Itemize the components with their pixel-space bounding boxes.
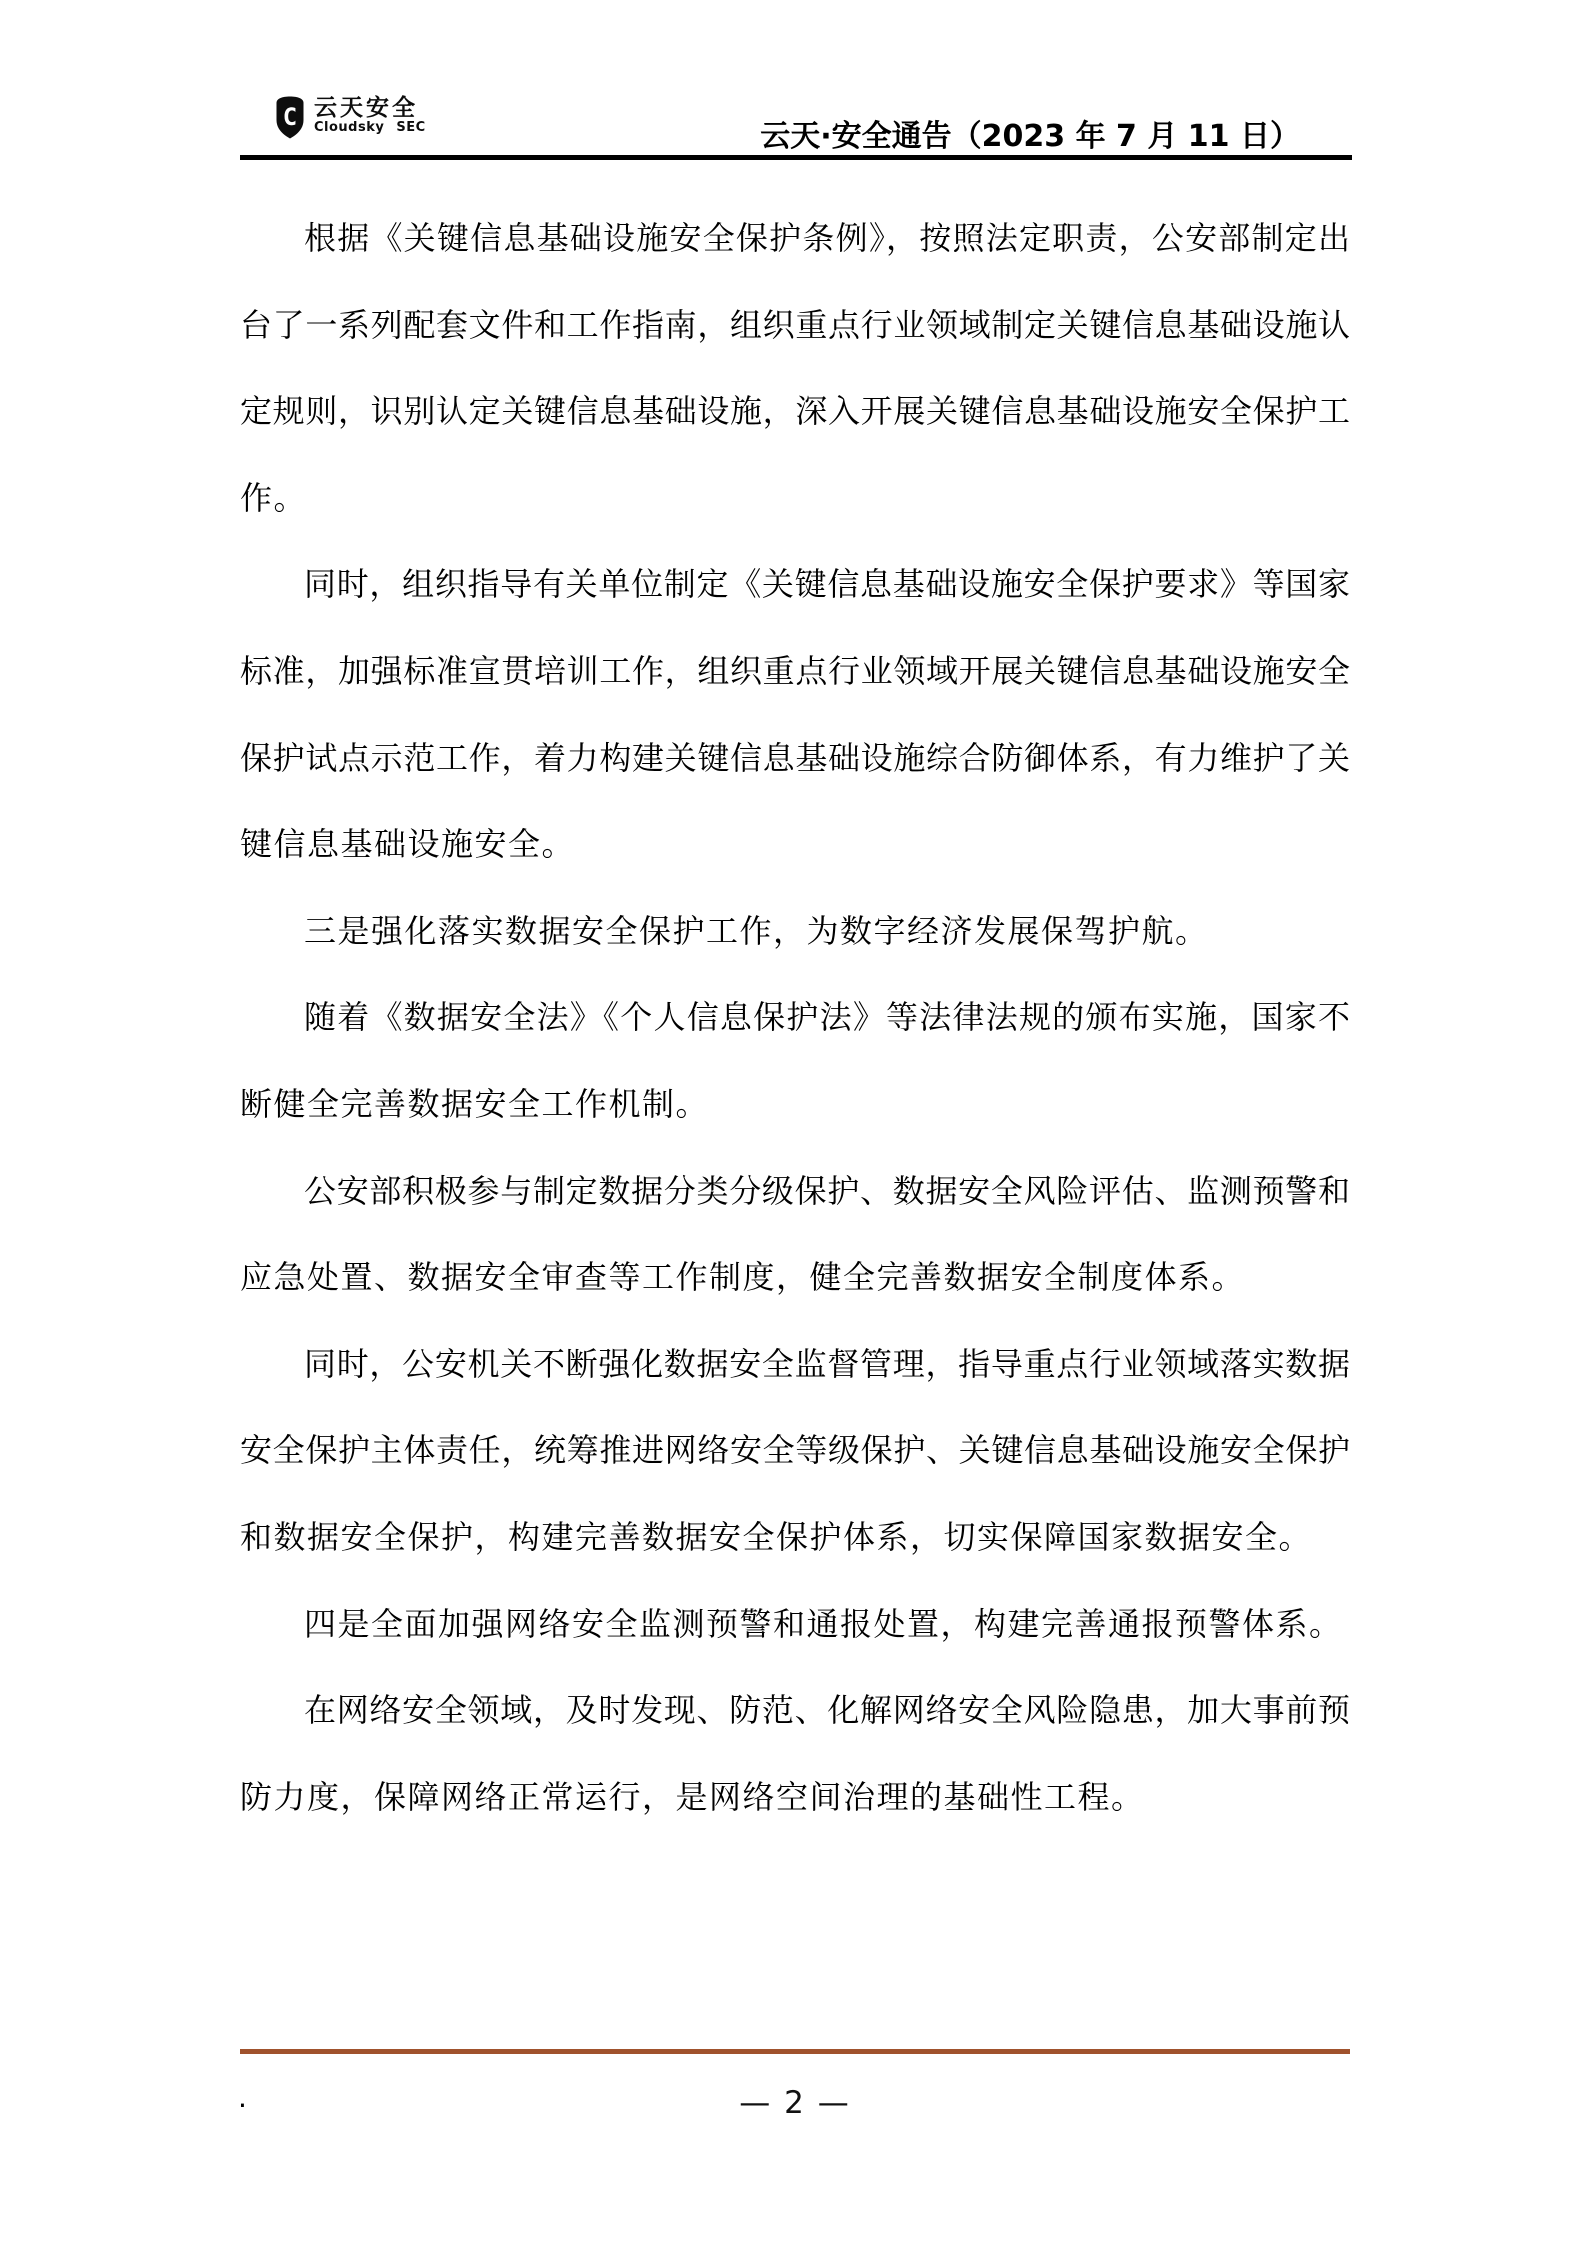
body-line: 安全保护主体责任，统筹推进网络安全等级保护、关键信息基础设施安全保护	[240, 1407, 1350, 1494]
bulletin-title: 云天·安全通告（2023 年 7 月 11 日）	[600, 111, 1300, 155]
footer-divider	[240, 2049, 1350, 2054]
body-line: 三是强化落实数据安全保护工作，为数字经济发展保驾护航。	[240, 888, 1350, 975]
page-number: — 2 —	[240, 2085, 1350, 2121]
logo-text-block: 云天安全 Cloudsky SEC	[314, 96, 426, 135]
body-line: 防力度，保障网络正常运行，是网络空间治理的基础性工程。	[240, 1754, 1350, 1841]
body-line: 定规则，识别认定关键信息基础设施，深入开展关键信息基础设施安全保护工	[240, 368, 1350, 455]
body-line: 公安部积极参与制定数据分类分级保护、数据安全风险评估、监测预警和	[240, 1148, 1350, 1235]
body-line: 随着《数据安全法》《个人信息保护法》等法律法规的颁布实施，国家不	[240, 974, 1350, 1061]
body-line: 同时，组织指导有关单位制定《关键信息基础设施安全保护要求》等国家	[240, 541, 1350, 628]
body-line: 作。	[240, 455, 1350, 542]
body-line: 台了一系列配套文件和工作指南，组织重点行业领域制定关键信息基础设施认	[240, 282, 1350, 369]
logo-name: 云天安全	[314, 96, 426, 121]
body-line: 和数据安全保护，构建完善数据安全保护体系，切实保障国家数据安全。	[240, 1494, 1350, 1581]
document-page: C 云天安全 Cloudsky SEC 云天·安全通告（2023 年 7 月 1…	[0, 0, 1587, 2245]
body-line: 键信息基础设施安全。	[240, 801, 1350, 888]
document-body: 根据《关键信息基础设施安全保护条例》，按照法定职责，公安部制定出 台了一系列配套…	[240, 195, 1350, 1840]
company-logo: C 云天安全 Cloudsky SEC	[275, 96, 426, 139]
svg-text:C: C	[283, 103, 297, 131]
body-line: 根据《关键信息基础设施安全保护条例》，按照法定职责，公安部制定出	[240, 195, 1350, 282]
body-line: 应急处置、数据安全审查等工作制度，健全完善数据安全制度体系。	[240, 1234, 1350, 1321]
body-line: 同时，公安机关不断强化数据安全监督管理，指导重点行业领域落实数据	[240, 1321, 1350, 1408]
body-line: 保护试点示范工作，着力构建关键信息基础设施综合防御体系，有力维护了关	[240, 715, 1350, 802]
shield-c-icon: C	[275, 96, 305, 139]
body-line: 在网络安全领域，及时发现、防范、化解网络安全风险隐患，加大事前预	[240, 1667, 1350, 1754]
header-divider	[240, 155, 1352, 160]
body-line: 四是全面加强网络安全监测预警和通报处置，构建完善通报预警体系。	[240, 1581, 1350, 1668]
logo-subtitle: Cloudsky SEC	[314, 121, 426, 135]
body-line: 断健全完善数据安全工作机制。	[240, 1061, 1350, 1148]
body-line: 标准，加强标准宣贯培训工作，组织重点行业领域开展关键信息基础设施安全	[240, 628, 1350, 715]
